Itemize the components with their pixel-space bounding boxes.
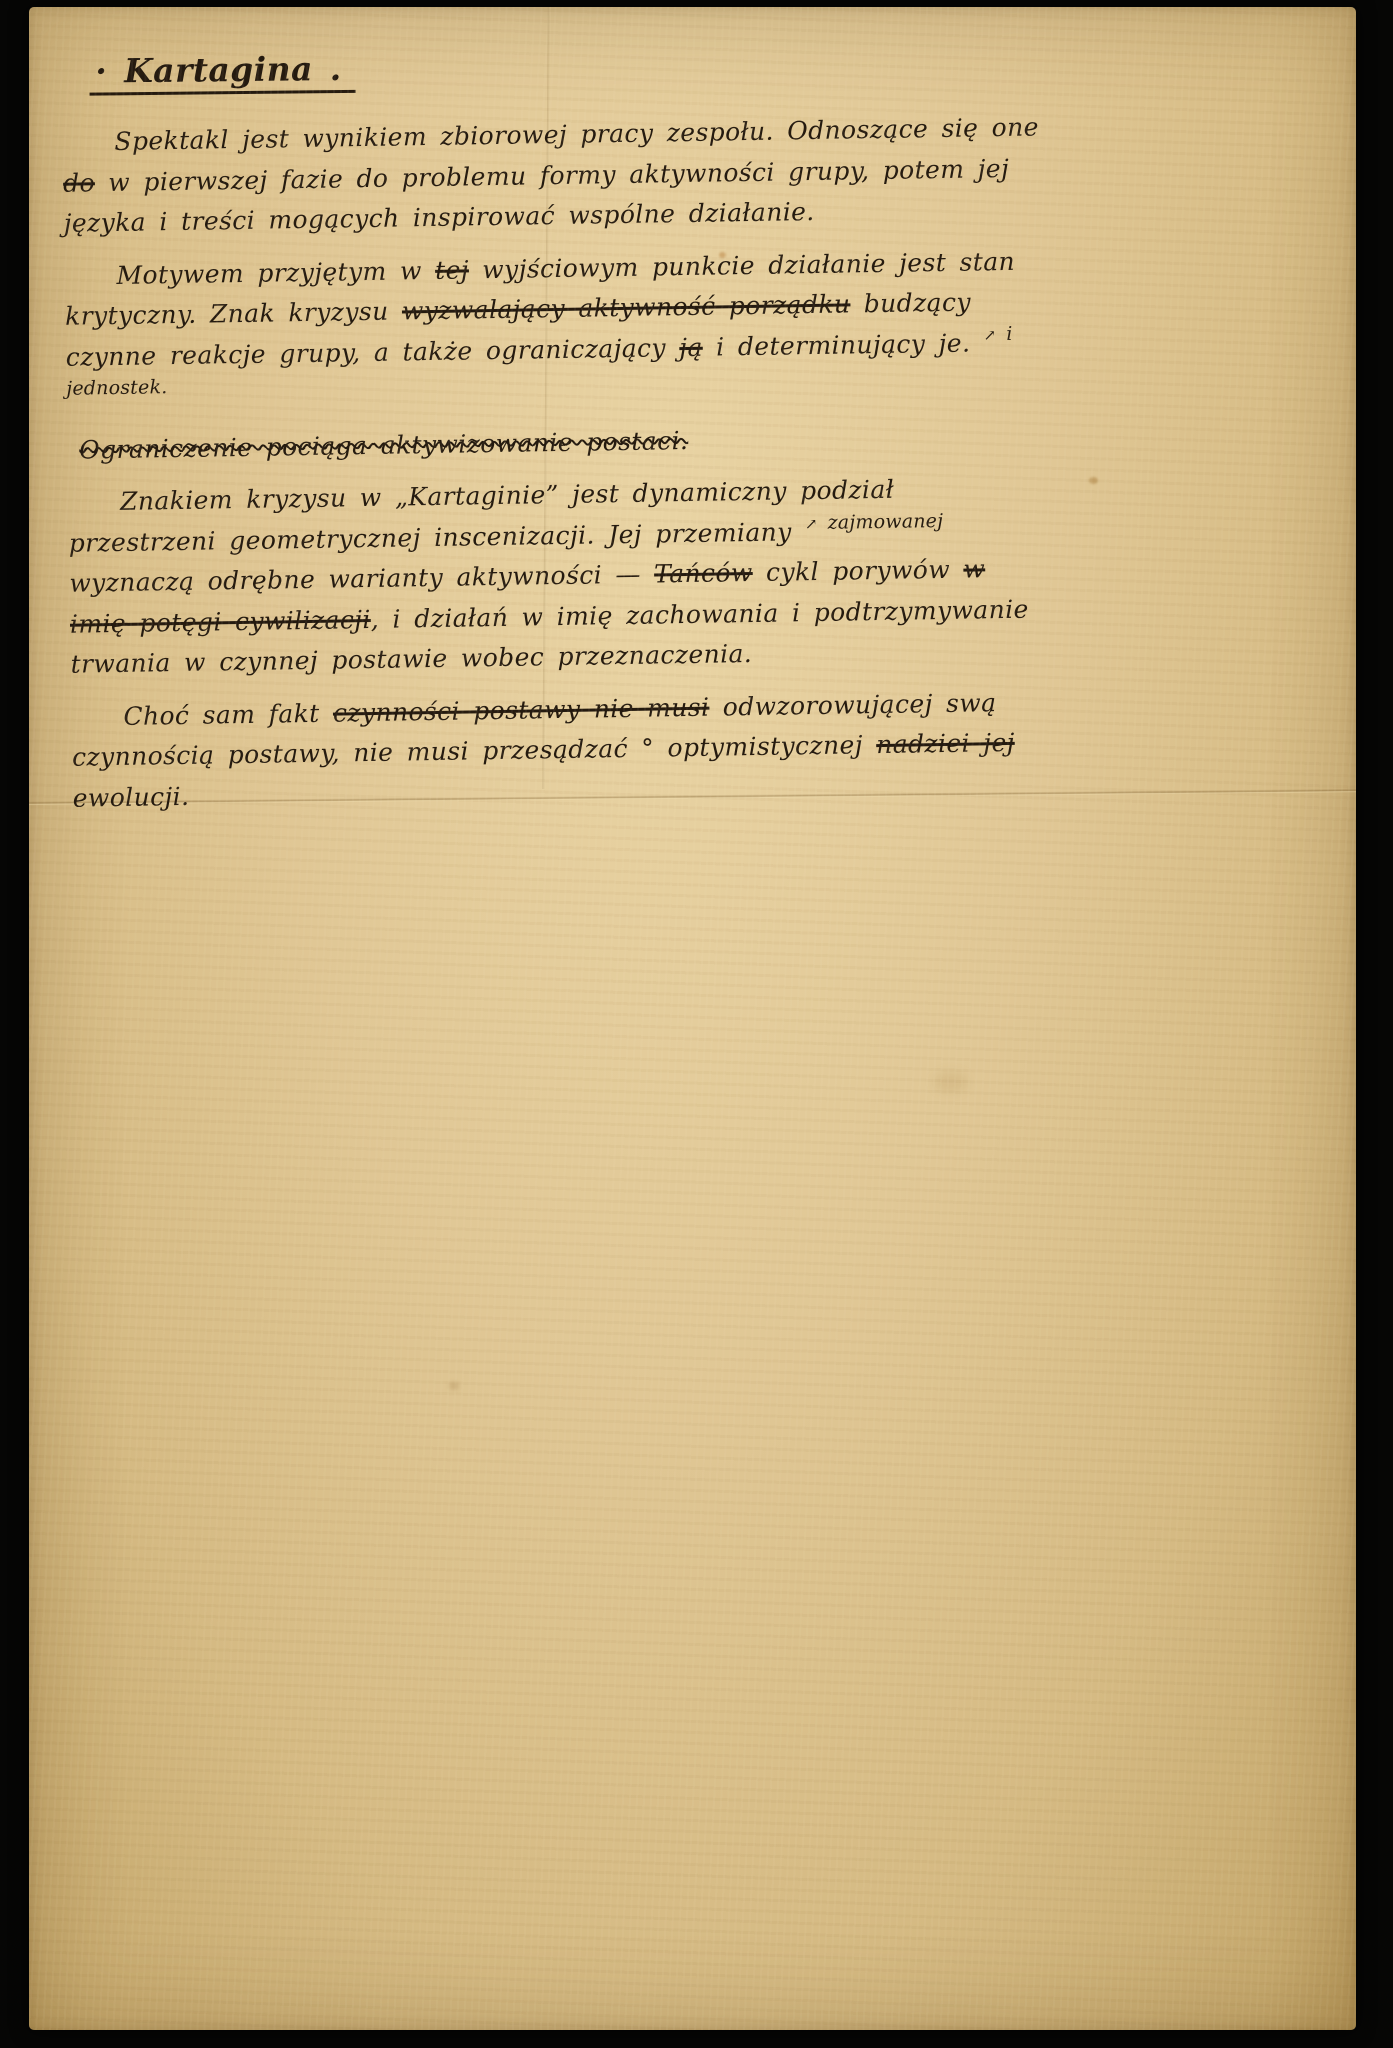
paragraph: Motywem przyjętym w tej wyjściowym punkc… [64, 241, 1051, 418]
text-segment: wyznaczą odrębne warianty aktywności — [69, 560, 654, 598]
paragraph: Spektakl jest wynikiem zbiorowej pracy z… [62, 107, 1049, 244]
struck-text: tej [435, 255, 469, 285]
struck-text: Ograniczenie pociąga aktywizowanie posta… [79, 425, 688, 464]
struck-text: ją [679, 332, 703, 361]
paragraph-struck: Ograniczenie pociąga aktywizowanie posta… [67, 415, 1053, 471]
text-segment: ewolucji. [72, 781, 189, 812]
manuscript-text-block: · Kartagina . Spektakl jest wynikiem zbi… [61, 29, 1058, 830]
text-segment: Spektakl jest wynikiem zbiorowej pracy z… [114, 112, 1039, 156]
struck-text: do [63, 168, 95, 197]
page-title: · Kartagina . [89, 49, 356, 96]
paper-speckle [449, 1382, 459, 1390]
paragraph: Choć sam fakt czynności postawy nie musi… [71, 682, 1058, 819]
text-segment: cykl porywów [752, 555, 963, 587]
text-segment: Znakiem kryzysu w „Kartaginie” jest dyna… [68, 475, 894, 557]
interline-insertion: zajmowanej [805, 509, 944, 533]
paper-sheet: · Kartagina . Spektakl jest wynikiem zbi… [29, 7, 1356, 2030]
paragraph: Znakiem kryzysu w „Kartaginie” jest dyna… [68, 467, 1056, 685]
scan-background: · Kartagina . Spektakl jest wynikiem zbi… [0, 0, 1393, 2048]
struck-text: czynności postawy nie musi [333, 692, 710, 727]
paper-speckle [1089, 477, 1098, 484]
paper-stain [934, 1072, 968, 1092]
paragraph-list: Spektakl jest wynikiem zbiorowej pracy z… [62, 107, 1058, 818]
struck-text: nadziei jej [876, 728, 1015, 759]
struck-text: Tańców [654, 558, 753, 589]
text-segment: Motywem przyjętym w [116, 255, 435, 289]
text-segment: i determinujący je. [703, 328, 984, 361]
text-segment: w pierwszej fazie do problemu formy akty… [63, 153, 1009, 237]
struck-text: wyzwalający aktywność porządku [402, 289, 851, 325]
text-segment: Choć sam fakt [123, 698, 333, 730]
